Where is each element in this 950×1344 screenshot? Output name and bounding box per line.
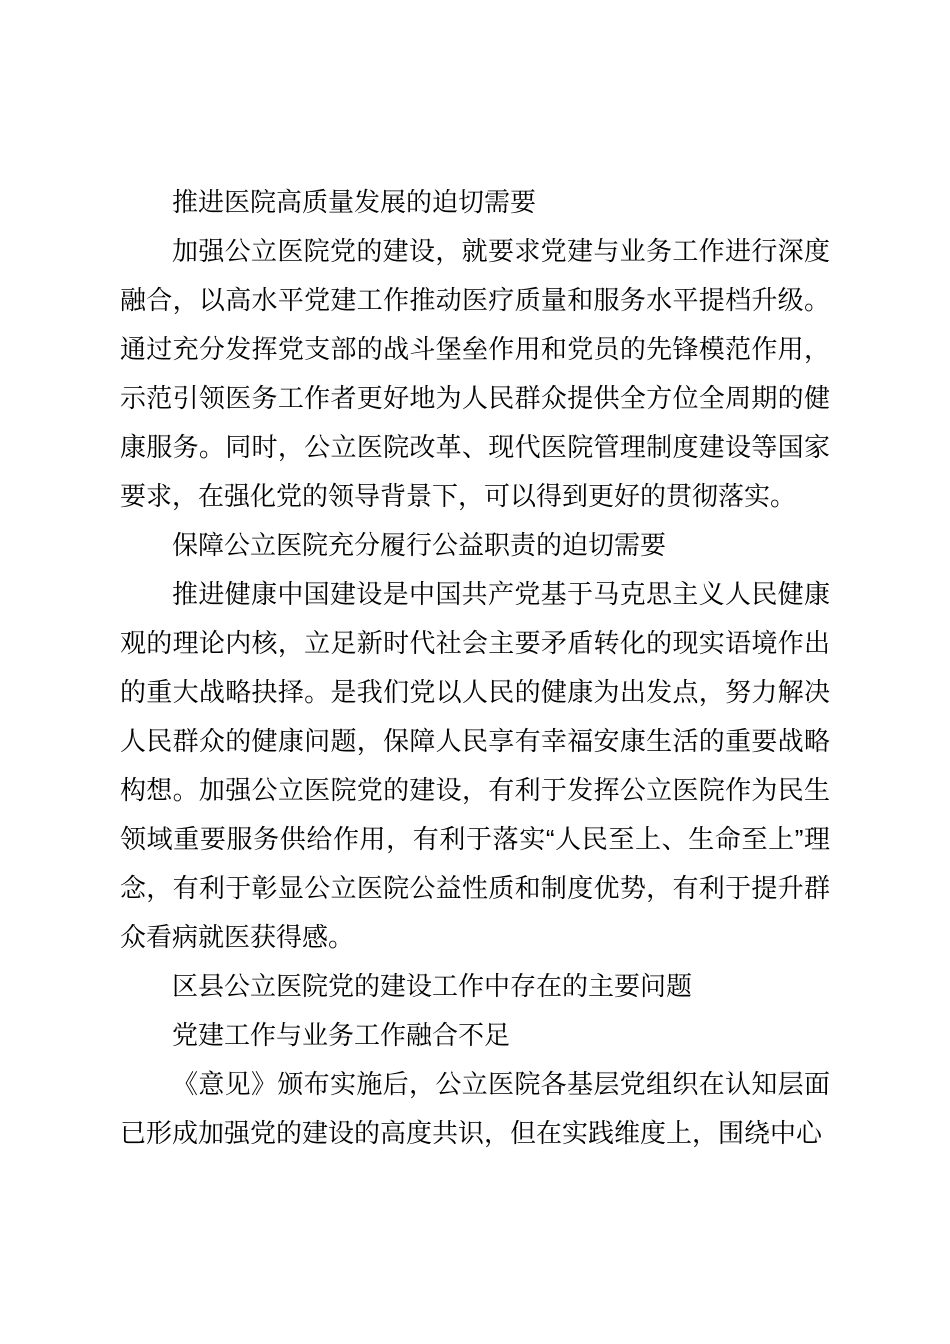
subheading-insufficient-integration: 党建工作与业务工作融合不足 [120,1011,830,1060]
subheading-main-problems-county-hospitals: 区县公立医院党的建设工作中存在的主要问题 [120,962,830,1011]
subheading-public-welfare-duty: 保障公立医院充分履行公益职责的迫切需要 [120,521,830,570]
paragraph-opinion-implementation: 《意见》颁布实施后，公立医院各基层党组织在认知层面已形成加强党的建设的高度共识，… [120,1060,830,1158]
document-page: 推进医院高质量发展的迫切需要 加强公立医院党的建设，就要求党建与业务工作进行深度… [0,0,950,1344]
subheading-hospital-high-quality-development: 推进医院高质量发展的迫切需要 [120,178,830,227]
paragraph-healthy-china-strategy: 推进健康中国建设是中国共产党基于马克思主义人民健康观的理论内核，立足新时代社会主… [120,570,830,962]
paragraph-party-building-business-integration: 加强公立医院党的建设，就要求党建与业务工作进行深度融合，以高水平党建工作推动医疗… [120,227,830,521]
document-text-block: 推进医院高质量发展的迫切需要 加强公立医院党的建设，就要求党建与业务工作进行深度… [120,178,830,1158]
